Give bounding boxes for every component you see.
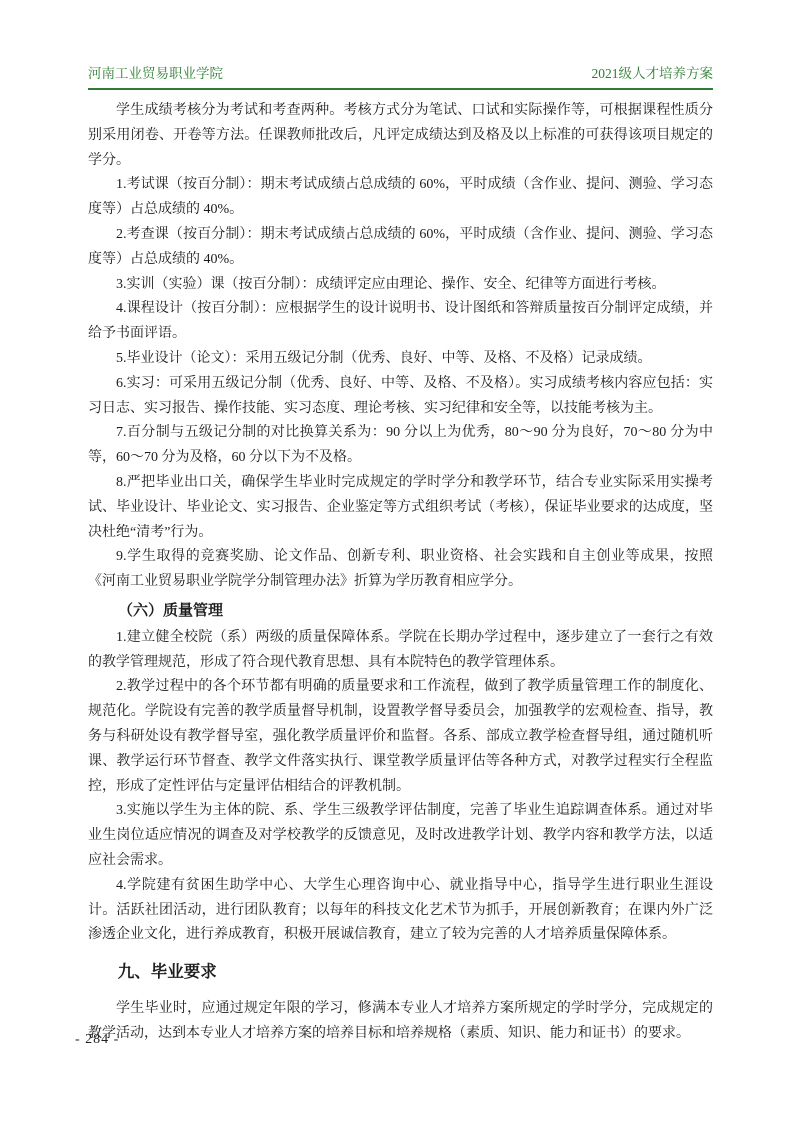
paragraph: 1.考试课（按百分制）：期末考试成绩占总成绩的 60%，平时成绩（含作业、提问、… — [88, 173, 713, 223]
document-body: 学生成绩考核分为考试和考查两种。考核方式分为笔试、口试和实际操作等，可根据课程性… — [88, 99, 713, 1046]
paragraph: 4.课程设计（按百分制）：应根据学生的设计说明书、设计图纸和答辩质量按百分制评定… — [88, 297, 713, 347]
paragraph: 2.教学过程中的各个环节都有明确的质量要求和工作流程，做到了教学质量管理工作的制… — [88, 675, 713, 799]
page-number: - 284 - — [75, 1032, 119, 1048]
subsection-heading: （六）质量管理 — [88, 599, 713, 624]
paragraph: 7.百分制与五级记分制的对比换算关系为：90 分以上为优秀，80～90 分为良好… — [88, 421, 713, 471]
header-school-name: 河南工业贸易职业学院 — [88, 64, 223, 84]
document-page: 河南工业贸易职业学院 2021级人才培养方案 学生成绩考核分为考试和考查两种。考… — [0, 0, 793, 1122]
paragraph: 学生成绩考核分为考试和考查两种。考核方式分为笔试、口试和实际操作等，可根据课程性… — [88, 99, 713, 173]
paragraph: 4.学院建有贫困生助学中心、大学生心理咨询中心、就业指导中心，指导学生进行职业生… — [88, 874, 713, 948]
paragraph: 1.建立健全校院（系）两级的质量保障体系。学院在长期办学过程中，逐步建立了一套行… — [88, 626, 713, 676]
page-header: 河南工业贸易职业学院 2021级人才培养方案 — [88, 64, 713, 90]
paragraph: 学生毕业时，应通过规定年限的学习，修满本专业人才培养方案所规定的学时学分，完成规… — [88, 997, 713, 1047]
paragraph: 5.毕业设计（论文）：采用五级记分制（优秀、良好、中等、及格、不及格）记录成绩。 — [88, 347, 713, 372]
paragraph: 6.实习：可采用五级记分制（优秀、良好、中等、及格、不及格）。实习成绩考核内容应… — [88, 372, 713, 422]
paragraph: 9.学生取得的竞赛奖励、论文作品、创新专利、职业资格、社会实践和自主创业等成果，… — [88, 545, 713, 595]
paragraph: 3.实训（实验）课（按百分制）：成绩评定应由理论、操作、安全、纪律等方面进行考核… — [88, 273, 713, 298]
paragraph: 2.考查课（按百分制）：期末考试成绩占总成绩的 60%，平时成绩（含作业、提问、… — [88, 223, 713, 273]
section-heading: 九、毕业要求 — [88, 960, 713, 985]
header-plan-title: 2021级人才培养方案 — [592, 64, 714, 84]
paragraph: 3.实施以学生为主体的院、系、学生三级教学评估制度，完善了毕业生追踪调查体系。通… — [88, 799, 713, 873]
paragraph: 8.严把毕业出口关，确保学生毕业时完成规定的学时学分和教学环节，结合专业实际采用… — [88, 471, 713, 545]
